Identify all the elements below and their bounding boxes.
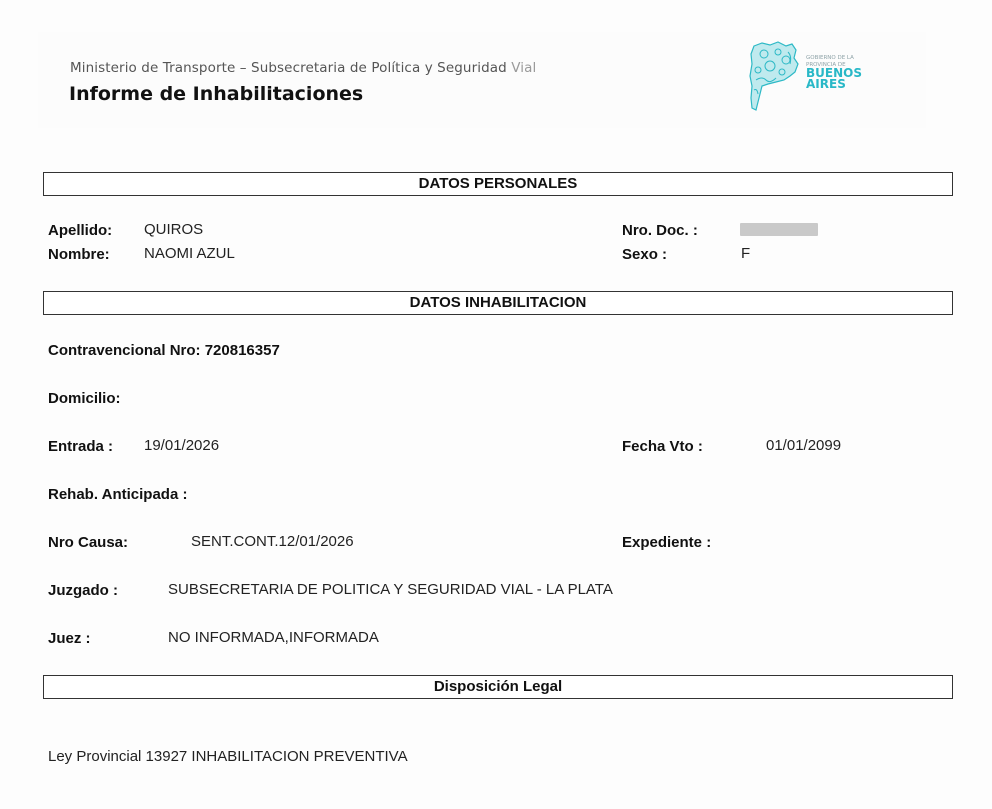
sexo-label: Sexo : (622, 246, 667, 263)
apellido-value: QUIROS (144, 221, 203, 238)
fecha-vto-value: 01/01/2099 (766, 437, 841, 454)
nro-doc-label: Nro. Doc. : (622, 222, 698, 239)
nombre-label: Nombre: (48, 246, 110, 263)
juzgado-value: SUBSECRETARIA DE POLITICA Y SEGURIDAD VI… (168, 581, 613, 598)
entrada-label: Entrada : (48, 438, 113, 455)
sexo-value: F (741, 245, 750, 262)
rehab-anticipada-label: Rehab. Anticipada : (48, 486, 187, 503)
juzgado-label: Juzgado : (48, 582, 118, 599)
section-disposicion-legal: Disposición Legal (43, 675, 953, 699)
entrada-value: 19/01/2026 (144, 437, 219, 454)
report-title: Informe de Inhabilitaciones (69, 83, 363, 105)
nro-causa-label: Nro Causa: (48, 534, 128, 551)
juez-label: Juez : (48, 630, 91, 647)
disposicion-legal-text: Ley Provincial 13927 INHABILITACION PREV… (48, 748, 408, 765)
contravencional-value: 720816357 (205, 342, 280, 359)
contravencional-field: Contravencional Nro: 720816357 (48, 342, 280, 359)
apellido-label: Apellido: (48, 222, 112, 239)
nro-causa-value: SENT.CONT.12/01/2026 (191, 533, 354, 550)
nro-doc-redacted (740, 223, 818, 236)
section-datos-inhabilitacion: DATOS INHABILITACION (43, 291, 953, 315)
logo-line-4: AIRES (806, 79, 862, 90)
buenos-aires-logo: GOBIERNO DE LA PROVINCIA DE BUENOS AIRES (748, 40, 868, 112)
ministry-name-tail: Vial (511, 60, 536, 76)
logo-text: GOBIERNO DE LA PROVINCIA DE BUENOS AIRES (806, 55, 862, 90)
domicilio-label: Domicilio: (48, 390, 121, 407)
logo-line-1: GOBIERNO DE LA (806, 55, 862, 62)
province-map-icon (748, 40, 800, 112)
contravencional-label: Contravencional Nro: (48, 342, 201, 359)
ministry-name: Ministerio de Transporte – Subsecretaria… (70, 60, 507, 76)
ministry-subtitle: Ministerio de Transporte – Subsecretaria… (70, 60, 536, 76)
nombre-value: NAOMI AZUL (144, 245, 235, 262)
section-datos-personales: DATOS PERSONALES (43, 172, 953, 196)
juez-value: NO INFORMADA,INFORMADA (168, 629, 379, 646)
expediente-label: Expediente : (622, 534, 711, 551)
fecha-vto-label: Fecha Vto : (622, 438, 703, 455)
